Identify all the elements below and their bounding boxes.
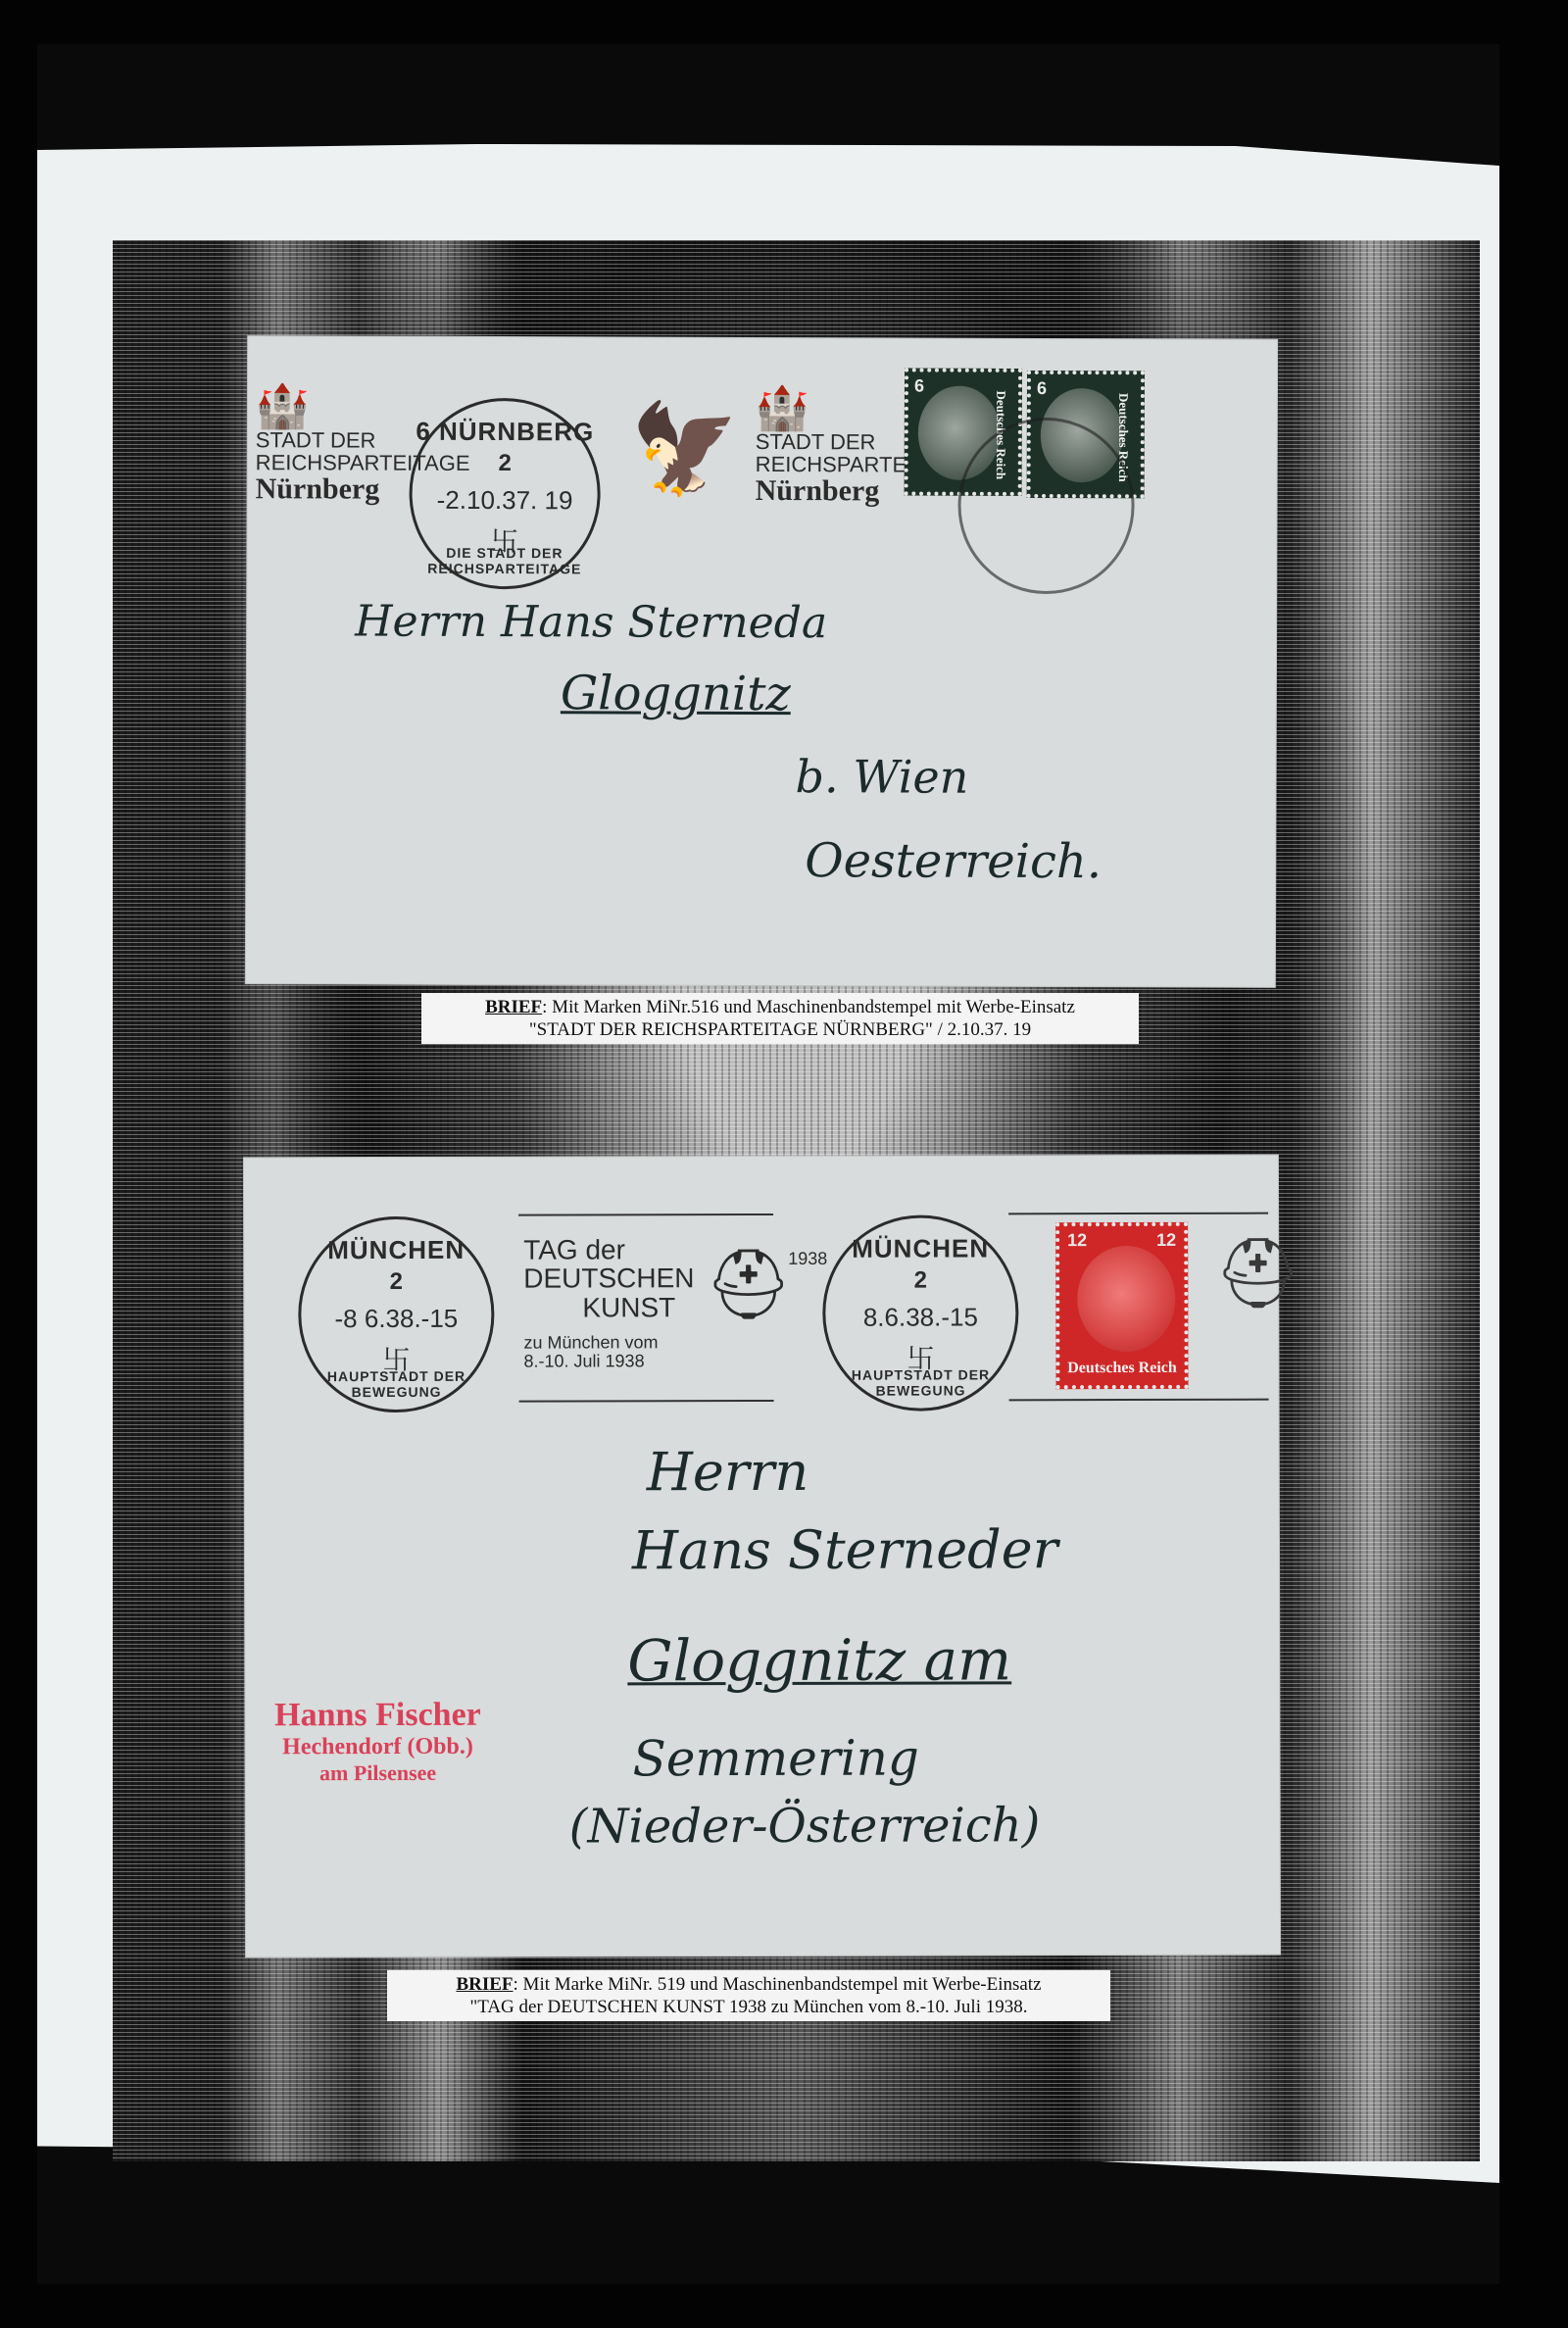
postmark-date: -8 6.38.-15: [301, 1304, 491, 1335]
postmark-nuernberg-overstrike: [957, 418, 1135, 595]
stamp-value: 6: [1037, 378, 1047, 399]
cancel-bar: [1008, 1213, 1268, 1215]
stamp-value: 6: [914, 376, 924, 397]
address-line: (Nieder-Österreich): [569, 1798, 1041, 1854]
eagle-icon: 🦅: [630, 407, 740, 495]
stamp-12-pfennig: 12 12 Deutsches Reich: [1055, 1222, 1188, 1389]
postmark-office: 2: [301, 1268, 491, 1297]
postmark-office: 2: [413, 450, 598, 478]
sender-stamp: Hanns Fischer Hechendorf (Obb.) am Pilse…: [245, 1697, 510, 1787]
envelope-muenchen: MÜNCHEN 2 -8 6.38.-15 卐 HAUPTSTADT DER B…: [244, 1156, 1280, 1957]
address-line: Hans Sterneder: [632, 1518, 1058, 1581]
postmark-city: MÜNCHEN: [825, 1233, 1015, 1264]
postmark-ring-text: HAUPTSTADT DER BEWEGUNG: [825, 1366, 1015, 1399]
slogan-line: 8.-10. Juli 1938: [523, 1352, 808, 1371]
sender-line: am Pilsensee: [246, 1760, 511, 1787]
caption-cover-1: BRIEF: Mit Marken MiNr.516 und Maschinen…: [421, 993, 1139, 1044]
postmark-ring-text: HAUPTSTADT DER BEWEGUNG: [301, 1368, 491, 1401]
address-line: Oesterreich.: [805, 833, 1102, 889]
postmark-city: MÜNCHEN: [301, 1235, 491, 1266]
postmark-muenchen-2: MÜNCHEN 2 8.6.38.-15 卐 HAUPTSTADT DER BE…: [822, 1214, 1019, 1412]
caption-line: : Mit Marke MiNr. 519 und Maschinenbands…: [514, 1974, 1042, 1995]
stamp-value: 12: [1156, 1230, 1176, 1251]
caption-cover-2: BRIEF: Mit Marke MiNr. 519 und Maschinen…: [387, 1970, 1110, 2021]
caption-lead: BRIEF: [485, 997, 542, 1017]
address-line: Semmering: [632, 1730, 919, 1788]
athena-helmet-icon: ⛑: [705, 1245, 792, 1325]
caption-line: : Mit Marken MiNr.516 und Maschinenbands…: [542, 997, 1075, 1017]
postmark-muenchen-1: MÜNCHEN 2 -8 6.38.-15 卐 HAUPTSTADT DER B…: [298, 1216, 495, 1413]
postmark-date: 8.6.38.-15: [825, 1302, 1015, 1333]
sender-name: Hanns Fischer: [245, 1697, 510, 1735]
slogan-line: zu München vom: [523, 1333, 808, 1353]
cancel-bar: [519, 1400, 774, 1403]
envelope-nuernberg: 🏰 STADT DER REICHSPARTEITAGE Nürnberg 6 …: [246, 336, 1277, 987]
stamp-country: Deutsches Reich: [1059, 1360, 1184, 1377]
caption-line: "STADT DER REICHSPARTEITAGE NÜRNBERG" / …: [429, 1018, 1131, 1041]
address-line: Herrn Hans Sterneda: [355, 597, 827, 649]
stamp-value: 12: [1067, 1230, 1087, 1251]
cancel-bar: [518, 1214, 773, 1216]
slogan-year: 1938: [788, 1250, 827, 1268]
postmark-city: 6 NÜRNBERG: [413, 417, 598, 448]
cancel-bar: [1009, 1399, 1269, 1402]
postmark-nuernberg: 6 NÜRNBERG 2 -2.10.37. 19 卐 DIE STADT DE…: [409, 398, 601, 590]
address-line: b. Wien: [795, 750, 968, 804]
caption-line: "TAG der DEUTSCHEN KUNST 1938 zu München…: [395, 1996, 1102, 2018]
hindenburg-portrait-icon: [1077, 1246, 1175, 1352]
address-line: Gloggnitz: [561, 666, 791, 721]
address-line: Herrn: [647, 1441, 809, 1503]
caption-lead: BRIEF: [456, 1974, 513, 1995]
postmark-date: -2.10.37. 19: [413, 485, 598, 517]
postmark-ring-text: DIE STADT DER REICHSPARTEITAGE: [412, 545, 597, 577]
athena-helmet-icon: ⛑: [1214, 1234, 1301, 1314]
sender-line: Hechendorf (Obb.): [245, 1734, 510, 1761]
address-line: Gloggnitz am: [627, 1626, 1011, 1694]
postmark-office: 2: [825, 1266, 1015, 1295]
